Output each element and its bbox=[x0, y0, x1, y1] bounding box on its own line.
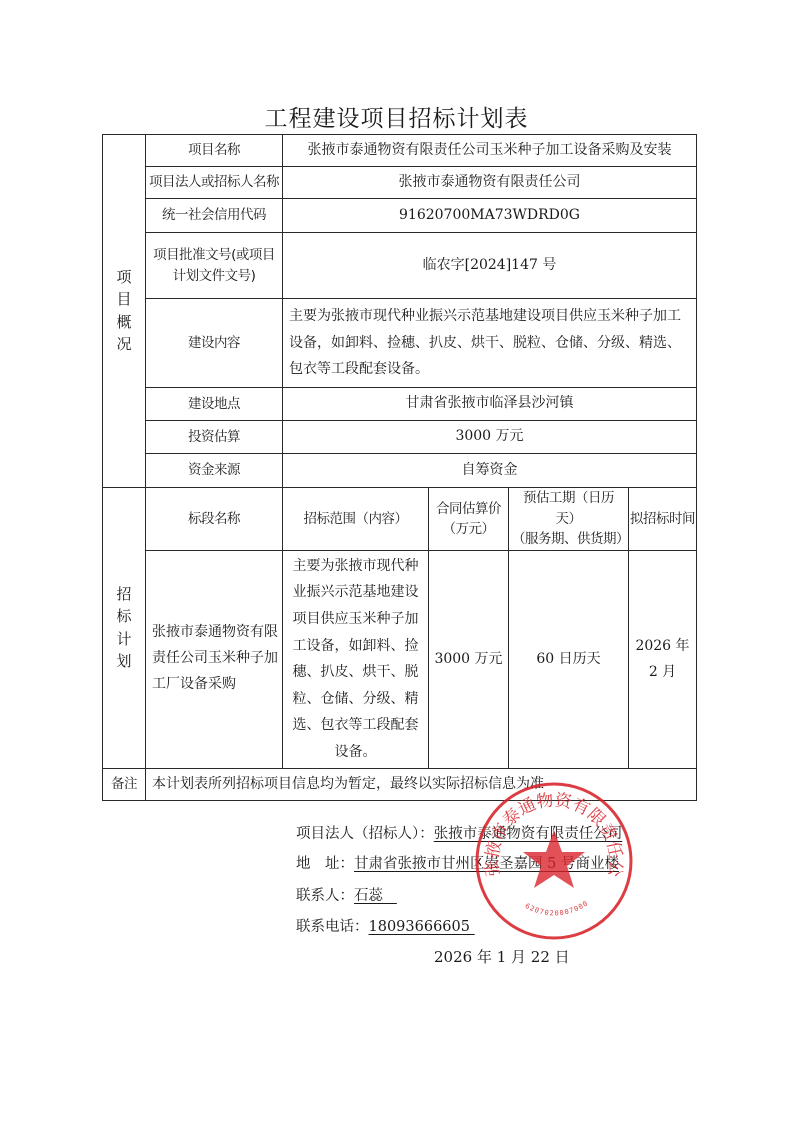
table-row: 备注 本计划表所列招标项目信息均为暂定，最终以实际招标信息为准 bbox=[103, 768, 697, 800]
project-name-value: 张掖市泰通物资有限责任公司玉米种子加工设备采购及安装 bbox=[283, 135, 697, 167]
approval-number-value: 临农字[2024]147 号 bbox=[283, 233, 697, 299]
header-bid-time: 拟招标时间 bbox=[629, 487, 697, 550]
address-line: 地 址：甘肃省张掖市甘州区崇圣嘉园 5 号商业楼 bbox=[296, 852, 619, 873]
table-row: 统一社会信用代码 91620700MA73WDRD0G bbox=[103, 199, 697, 233]
phone-label: 联系电话： bbox=[296, 919, 369, 935]
row-label: 项目名称 bbox=[146, 135, 283, 167]
table-row: 建设内容 主要为张掖市现代种业振兴示范基地建设项目供应玉米种子加工设备，如卸料、… bbox=[103, 299, 697, 388]
svg-text:6207020007000: 6207020007000 bbox=[524, 899, 590, 917]
contact-line: 联系人：石蕊 bbox=[296, 884, 397, 905]
address-value: 甘肃省张掖市甘州区崇圣嘉园 5 号商业楼 bbox=[354, 856, 619, 872]
row-label: 资金来源 bbox=[146, 453, 283, 487]
legal-person-value: 张掖市泰通物资有限责任公司 bbox=[434, 826, 623, 842]
investment-value: 3000 万元 bbox=[283, 420, 697, 453]
funding-source-value: 自筹资金 bbox=[283, 453, 697, 487]
period-cell: 60 日历天 bbox=[509, 550, 629, 768]
phone-line: 联系电话：18093666605 bbox=[296, 915, 475, 936]
legal-person-line: 项目法人（招标人）：张掖市泰通物资有限责任公司 bbox=[296, 822, 622, 843]
table-row: 资金来源 自筹资金 bbox=[103, 453, 697, 487]
contact-label: 联系人： bbox=[296, 888, 354, 904]
row-label: 统一社会信用代码 bbox=[146, 199, 283, 233]
price-cell: 3000 万元 bbox=[429, 550, 509, 768]
table-row: 建设地点 甘肃省张掖市临泽县沙河镇 bbox=[103, 387, 697, 420]
table-row: 张掖市泰通物资有限责任公司玉米种子加工厂设备采购 主要为张掖市现代种业振兴示范基… bbox=[103, 550, 697, 768]
row-label: 建设内容 bbox=[146, 299, 283, 388]
phone-value: 18093666605 bbox=[369, 919, 470, 935]
location-value: 甘肃省张掖市临泽县沙河镇 bbox=[283, 387, 697, 420]
bid-plan-table: 项 目 概 况 项目名称 张掖市泰通物资有限责任公司玉米种子加工设备采购及安装 … bbox=[102, 134, 697, 801]
section-label-bid-plan: 招 标 计 划 bbox=[103, 487, 146, 768]
construction-content-value: 主要为张掖市现代种业振兴示范基地建设项目供应玉米种子加工设备，如卸料、捡穗、扒皮… bbox=[283, 299, 697, 388]
remarks-label: 备注 bbox=[103, 768, 146, 800]
tenderer-name-value: 张掖市泰通物资有限责任公司 bbox=[283, 167, 697, 199]
address-label: 地 址： bbox=[296, 856, 354, 872]
header-period: 预估工期（日历天） （服务期、供货期） bbox=[509, 487, 629, 550]
lot-name-cell: 张掖市泰通物资有限责任公司玉米种子加工厂设备采购 bbox=[146, 550, 283, 768]
scope-cell: 主要为张掖市现代种业振兴示范基地建设项目供应玉米种子加工设备，如卸料、捡穗、扒皮… bbox=[283, 550, 429, 768]
remarks-text: 本计划表所列招标项目信息均为暂定，最终以实际招标信息为准 bbox=[146, 768, 697, 800]
signing-date: 2026 年 1 月 22 日 bbox=[434, 946, 570, 967]
contact-value: 石蕊 bbox=[354, 888, 383, 904]
row-label: 投资估算 bbox=[146, 420, 283, 453]
section-label-overview: 项 目 概 况 bbox=[103, 135, 146, 488]
bid-time-cell: 2026 年 2 月 bbox=[629, 550, 697, 768]
header-scope: 招标范围（内容） bbox=[283, 487, 429, 550]
header-price: 合同估算价 （万元） bbox=[429, 487, 509, 550]
table-row: 项 目 概 况 项目名称 张掖市泰通物资有限责任公司玉米种子加工设备采购及安装 bbox=[103, 135, 697, 167]
header-lot-name: 标段名称 bbox=[146, 487, 283, 550]
table-row: 投资估算 3000 万元 bbox=[103, 420, 697, 453]
row-label: 项目法人或招标人名称 bbox=[146, 167, 283, 199]
table-row: 项目法人或招标人名称 张掖市泰通物资有限责任公司 bbox=[103, 167, 697, 199]
table-row: 项目批准文号(或项目计划文件文号) 临农字[2024]147 号 bbox=[103, 233, 697, 299]
row-label: 建设地点 bbox=[146, 387, 283, 420]
table-header-row: 招 标 计 划 标段名称 招标范围（内容） 合同估算价 （万元） 预估工期（日历… bbox=[103, 487, 697, 550]
row-label: 项目批准文号(或项目计划文件文号) bbox=[146, 233, 283, 299]
credit-code-value: 91620700MA73WDRD0G bbox=[283, 199, 697, 233]
document-title: 工程建设项目招标计划表 bbox=[0, 100, 793, 133]
legal-person-label: 项目法人（招标人）： bbox=[296, 826, 434, 842]
